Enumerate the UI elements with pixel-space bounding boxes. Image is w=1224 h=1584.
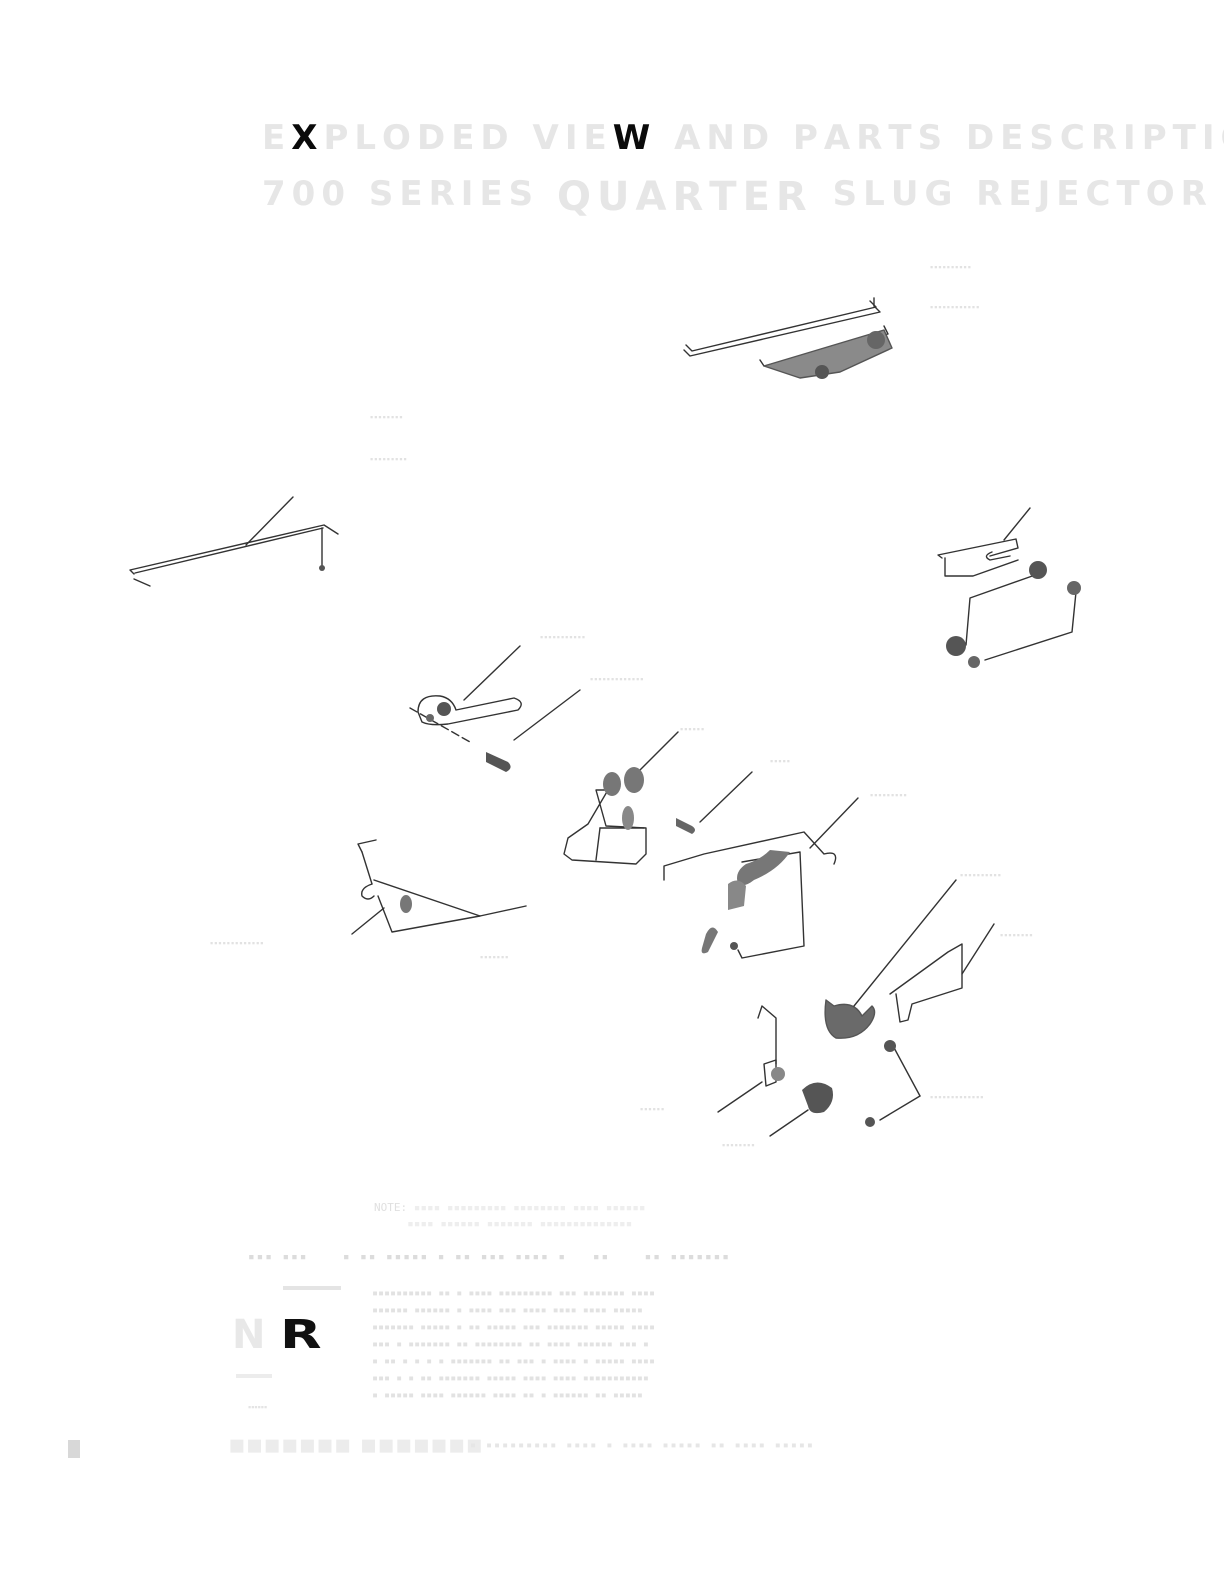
nr-logo: N R <box>228 1282 346 1382</box>
document-page: EXPLODED VIEW AND PARTS DESCRIPTION 700 … <box>0 0 1224 1584</box>
part-label: ▪▪▪▪▪▪▪▪ <box>370 412 404 422</box>
section-heading: ▪▪▪ ▪▪▪ ▪ ▪▪ ▪▪▪▪▪ ▪ ▪▪ ▪▪▪ ▪▪▪▪ ▪ ▪▪ ▪▪… <box>248 1250 1018 1263</box>
footer-brand: ▪▪▪▪▪▪▪ ▪▪▪▪▪▪▪ <box>228 1430 483 1460</box>
part-label: ▪▪▪▪▪▪▪▪▪▪▪▪ <box>930 302 980 312</box>
part-label: ▪▪▪▪▪▪▪▪▪▪▪ <box>540 632 586 642</box>
latch-assembly <box>352 840 526 934</box>
part-label: ▪▪▪▪▪▪▪▪▪▪▪▪▪ <box>930 1092 984 1102</box>
footer-text: ▪ ▪▪▪▪▪▪▪▪▪ ▪▪▪▪ ▪ ▪▪▪▪ ▪▪▪▪▪ ▪▪ ▪▪▪▪ ▪▪… <box>470 1440 1010 1451</box>
part-label: ▪▪▪▪▪▪▪▪▪▪ <box>960 870 1002 880</box>
part-label: ▪▪▪▪▪▪▪▪▪ <box>870 790 908 800</box>
part-label: ▪▪▪▪▪▪▪▪▪▪▪▪▪ <box>210 938 264 948</box>
page-edge-mark <box>68 1440 80 1458</box>
part-label: ▪▪▪▪▪▪▪▪ <box>722 1140 756 1150</box>
logo-bar-bottom <box>236 1374 272 1378</box>
note-prefix: NOTE: <box>374 1201 407 1214</box>
part-label: ▪▪▪▪▪▪▪▪▪▪ <box>930 262 972 272</box>
logo-bar-top <box>283 1286 341 1290</box>
left-rod <box>130 497 338 586</box>
body-paragraph: ▪▪▪▪▪▪▪▪▪▪ ▪▪ ▪ ▪▪▪▪ ▪▪▪▪▪▪▪▪▪ ▪▪▪ ▪▪▪▪▪… <box>372 1285 1012 1404</box>
logo-caption: ▪▪▪▪▪▪ <box>248 1402 267 1412</box>
part-label: ▪▪▪▪▪▪ <box>680 724 705 734</box>
logo-letter-n: N <box>232 1312 265 1358</box>
part-label: ▪▪▪▪▪▪ <box>640 1104 665 1114</box>
part-label: ▪▪▪▪▪▪▪▪▪ <box>370 454 408 464</box>
part-label: ▪▪▪▪▪▪▪ <box>480 952 509 962</box>
lever-assembly <box>410 646 580 742</box>
part-label: ▪▪▪▪▪▪▪▪▪▪▪▪▪ <box>590 674 644 684</box>
part-label: ▪▪▪▪▪▪▪▪ <box>1000 930 1034 940</box>
exploded-view-drawing <box>0 0 1224 1200</box>
centre-block <box>564 732 752 864</box>
part-label: ▪▪▪▪▪ <box>770 756 791 766</box>
logo-letter-r: R <box>280 1312 322 1358</box>
note-text: NOTE: ▪▪▪▪ ▪▪▪▪▪▪▪▪▪ ▪▪▪▪▪▪▪▪ ▪▪▪▪ ▪▪▪▪▪… <box>374 1200 934 1232</box>
centre-frame <box>664 798 858 958</box>
